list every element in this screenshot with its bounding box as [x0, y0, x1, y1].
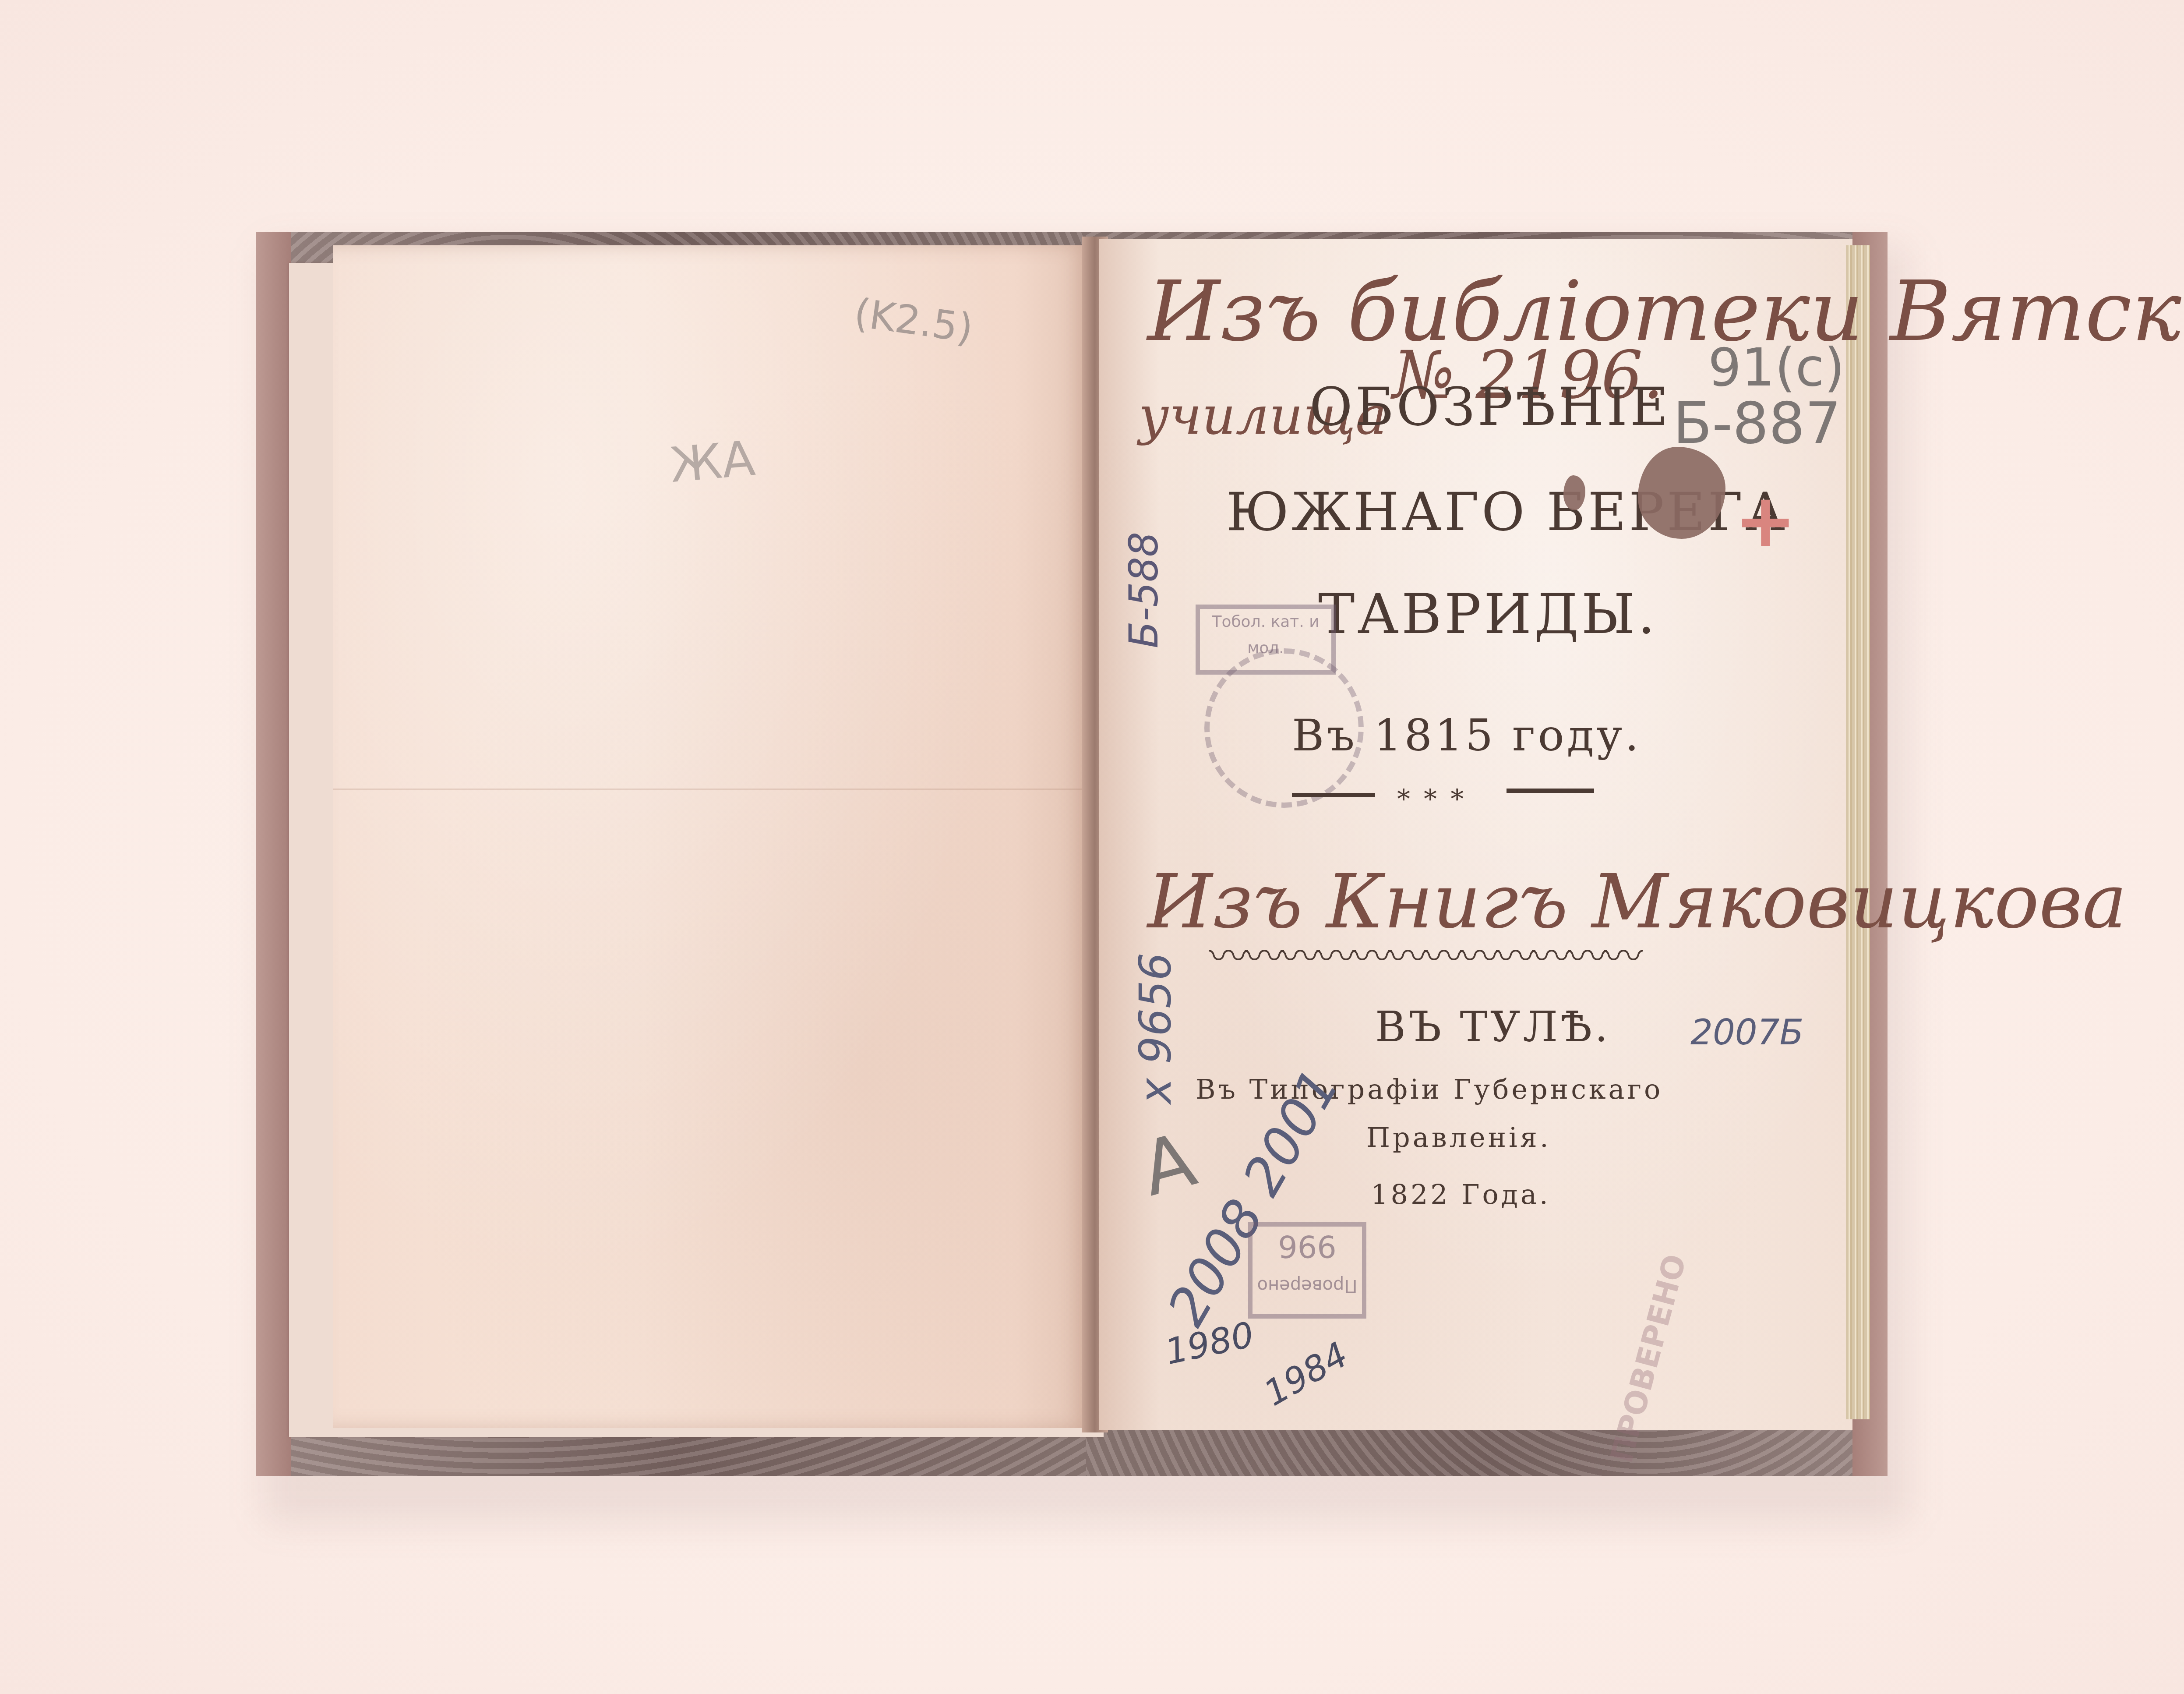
- title-line-3: ТАВРИДЫ.: [1318, 583, 1658, 646]
- pencil-shelfmark-2: Б-887: [1673, 390, 1841, 456]
- left-page-faint-mark: ЖА: [668, 430, 757, 493]
- inventory-stamp-text: Проверено: [1253, 1266, 1362, 1305]
- handwritten-library-inscription: Изъ библіотеки Вятскаго: [1147, 263, 2184, 360]
- inventory-stamp: 996 Проверено: [1248, 1222, 1366, 1319]
- wave-ornament: 〰〰〰〰〰〰〰〰〰〰〰〰: [1209, 924, 1640, 981]
- blue-vertical-number: х 9656: [1130, 953, 1181, 1104]
- ornament-stars: * * *: [1397, 784, 1466, 815]
- printer-line-1: Въ Типографіи Губернскаго: [1196, 1073, 1663, 1105]
- subtitle-year: Въ 1815 году.: [1292, 710, 1641, 761]
- left-flyleaf-page: [333, 245, 1090, 1428]
- book-photo-scene: (K2.5) ЖА Изъ библіотеки Вятскаго № 2196…: [0, 0, 2184, 1694]
- ornament-rule-right: [1507, 789, 1594, 793]
- blue-inventory-number: 2007Б: [1690, 1012, 1803, 1053]
- title-line-1: ОБОЗРѢНІЕ: [1309, 377, 1671, 438]
- left-leather-edge: [256, 232, 291, 1476]
- page-block-edges: [1846, 245, 1870, 1419]
- pencil-shelfmark-1: 91(с): [1708, 337, 1845, 398]
- red-pencil-cross: +: [1734, 477, 1796, 564]
- printer-line-2: Правленія.: [1366, 1121, 1551, 1153]
- left-page-fold-crease: [333, 789, 1090, 790]
- vertical-handwritten-mark: Б-588: [1121, 532, 1167, 648]
- imprint-place: ВЪ ТУЛѢ.: [1375, 1003, 1610, 1051]
- ornament-rule-left: [1292, 793, 1375, 797]
- inventory-stamp-number: 996: [1253, 1227, 1362, 1266]
- imprint-year: 1822 Года.: [1371, 1178, 1551, 1210]
